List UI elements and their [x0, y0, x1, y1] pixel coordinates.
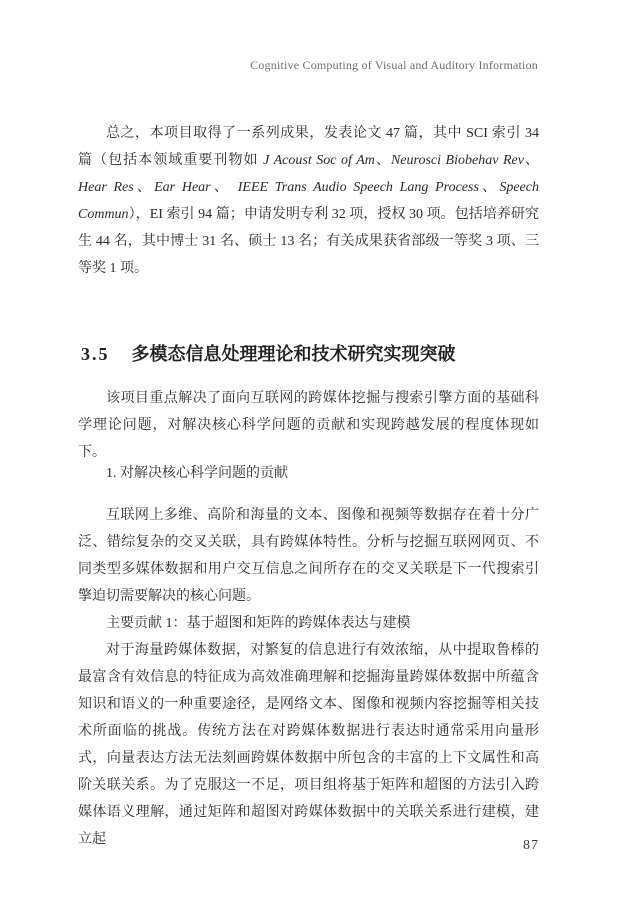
paragraph-intro: 该项目重点解决了面向互联网的跨媒体挖掘与搜索引擎方面的基础科学理论问题，对解决核… — [78, 385, 539, 466]
running-head: Cognitive Computing of Visual and Audito… — [78, 57, 538, 73]
contribution-1-title: 主要贡献 1：基于超图和矩阵的跨媒体表达与建模 — [78, 610, 539, 637]
paragraph-contribution-1-body: 对于海量跨媒体数据，对繁复的信息进行有效浓缩，从中提取鲁棒的最富含有效信息的特征… — [78, 637, 539, 853]
subheading-contribution-to-core-problems: 1. 对解决核心科学问题的贡献 — [78, 460, 539, 487]
text-segment: 、 — [524, 153, 539, 168]
text-segment: ），EI 索引 94 篇；申请发明专利 32 项，授权 30 项。包括培养研究生… — [78, 207, 539, 276]
document-page: Cognitive Computing of Visual and Audito… — [0, 0, 643, 908]
paragraph-project-summary: 总之，本项目取得了一系列成果，发表论文 47 篇，其中 SCI 索引 34 篇（… — [78, 120, 539, 282]
section-title: 多模态信息处理理论和技术研究实现突破 — [132, 344, 456, 364]
journal-name: Hear Res — [78, 180, 134, 195]
text-segment: 、 — [134, 180, 154, 195]
text-segment: 、 — [375, 153, 391, 168]
paragraph-core-problem: 互联网上多维、高阶和海量的文本、图像和视频等数据存在着十分广泛、错综复杂的交叉关… — [78, 502, 539, 610]
section-heading: 3.5多模态信息处理理论和技术研究实现突破 — [81, 340, 542, 368]
text-segment: 、 — [479, 180, 499, 195]
page-number: 87 — [78, 832, 539, 859]
journal-name: Ear Hear — [154, 180, 210, 195]
section-number: 3.5 — [81, 344, 110, 364]
journal-name: J Acoust Soc of Am — [263, 153, 375, 168]
journal-name: Neurosci Biobehav Rev — [391, 153, 524, 168]
journal-name: IEEE Trans Audio Speech Lang Process — [238, 180, 479, 195]
text-segment: 、 — [211, 180, 238, 195]
